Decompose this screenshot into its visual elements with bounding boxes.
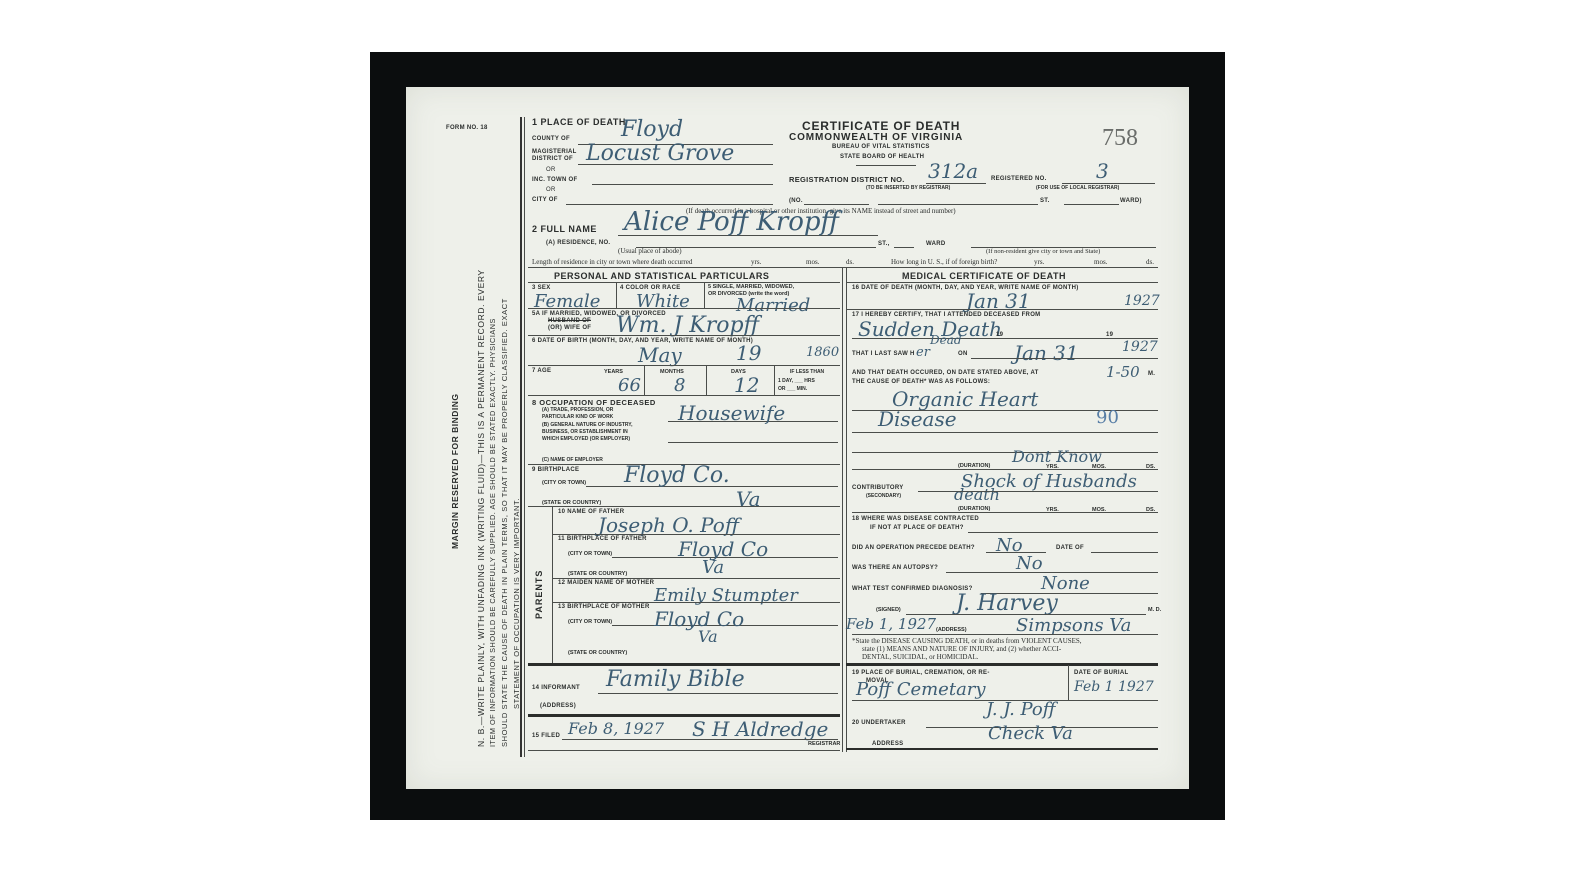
physician-address-label: (ADDRESS) [936,627,967,633]
divider [528,335,840,336]
district-label: DISTRICT OF [532,156,573,162]
place-of-death-heading: 1 PLACE OF DEATH [532,117,626,127]
state-or-country-label: (STATE OR COUNTRY) [568,650,627,656]
street-line [878,204,1038,205]
operation-label: DID AN OPERATION PRECEDE DEATH? [852,545,975,551]
informant-line [598,693,838,694]
divider-thick [528,663,840,666]
divider [528,395,840,396]
cell-divider [616,282,617,308]
contracted-label-2: IF NOT AT PLACE OF DEATH? [870,525,964,531]
burial-divider [1068,665,1069,700]
cell-divider [704,282,705,308]
occupation-a-label: (A) TRADE, PROFESSION, OR [542,407,613,413]
occupation-a-label-2: PARTICULAR KIND OF WORK [542,414,613,420]
city-or-town-label: (CITY OR TOWN) [568,551,612,557]
filed-value: Feb 8, 1927 [568,719,664,738]
bottom-line [846,748,1158,750]
divider [528,365,840,366]
residence-note: (Usual place of abode) [618,247,682,255]
state-or-country-label: (STATE OR COUNTRY) [568,571,627,577]
duration-line [852,512,1158,513]
cause-label: THE CAUSE OF DEATH* WAS AS FOLLOWS: [852,379,990,385]
cell-divider [644,365,645,395]
occupation-value: Housewife [678,401,785,425]
age-days: 12 [734,373,759,397]
or-label: OR [546,167,556,173]
marital-label: 5 SINGLE, MARRIED, WIDOWED, [708,284,794,290]
full-name-label: 2 FULL NAME [532,224,597,234]
industry-label-3: WHICH EMPLOYED (OR EMPLOYER) [542,436,630,442]
one-day-label: 1 DAY, ___ HRS [778,378,815,384]
filed-line [562,739,838,740]
mos-label: mos. [1094,258,1107,266]
address-line [852,634,1158,635]
father-birthplace-label: 11 BIRTHPLACE OF FATHER [558,536,647,542]
certificate-number: 758 [1102,125,1138,152]
no-label: (NO. [789,198,803,204]
cause-code: 90 [1096,407,1119,428]
reg-district-note: (TO BE INSERTED BY REGISTRAR) [866,185,950,191]
occurred-time: 1-50 [1106,363,1140,381]
industry-label-2: BUSINESS, OR ESTABLISHMENT IN [542,429,628,435]
age-months: 8 [674,375,685,396]
m-label: M. [1148,371,1155,377]
signed-label: (SIGNED) [876,607,901,613]
full-name-value: Alice Poff Kropff [624,207,839,237]
ward-label: WARD) [1120,198,1142,204]
mother-label: 12 MAIDEN NAME OF MOTHER [558,580,654,586]
dob-year: 1860 [806,345,839,360]
ds-label: ds. [846,258,854,266]
contracted-line [968,532,1158,533]
physician-address-value: Simpsons Va [1016,615,1131,636]
column-divider-inner [846,267,847,752]
husband-label: HUSBAND OF [548,318,591,324]
reg-district-value: 312a [928,159,978,183]
city-label: CITY OF [532,197,558,203]
registered-no-label: REGISTERED NO. [991,176,1047,182]
divider-thick [846,663,1158,666]
margin-instruction-3: SHOULD STATE THE CAUSE OF DEATH IN PLAIN… [500,298,509,747]
filed-label: 15 FILED [532,733,560,739]
occupation-label: 8 OCCUPATION OF DECEASED [532,398,656,407]
dob-day: 19 [736,341,761,365]
cause-value-2: Disease [878,407,957,431]
board-label: STATE BOARD OF HEALTH [840,154,924,160]
yrs-label: yrs. [1034,258,1044,266]
form-number: FORM NO. 18 [446,125,488,131]
cause-line [852,432,1158,433]
last-saw-label: THAT I LAST SAW H [852,351,915,357]
contributory-value-2: death [954,485,1000,504]
divider [552,578,840,579]
autopsy-value: No [1016,553,1043,574]
signed-date: Feb 1, 1927 [846,615,936,633]
attended-line [852,338,1158,339]
city-or-town-label: (CITY OR TOWN) [568,619,612,625]
informant-address-label: (ADDRESS) [540,703,576,709]
divider [528,506,840,507]
yrs-label: yrs. [751,258,761,266]
on-label: ON [958,351,968,357]
divider [528,267,1158,268]
undertaker-value: J. J. Poff [986,699,1056,720]
no-line [804,204,869,205]
employer-label: (C) NAME OF EMPLOYER [542,457,603,463]
age-label: 7 AGE [532,368,551,374]
frame-left-inner [524,117,525,757]
parents-divider [552,506,553,666]
undertaker-address-label: ADDRESS [872,741,903,747]
informant-label: 14 INFORMANT [532,685,580,691]
city-or-town-label: (CITY OR TOWN) [542,480,586,486]
or-min-label: OR ___ MIN. [778,386,807,392]
death-certificate: FORM NO. 18 MARGIN RESERVED FOR BINDING … [406,87,1189,789]
frame-left [520,117,522,757]
registrar-signature: S H Aldredge [692,717,828,741]
margin-reserved-note: MARGIN RESERVED FOR BINDING [450,394,460,550]
district-value: Locust Grove [586,141,734,166]
burial-place-value: Poff Cemetary [856,679,986,700]
certificate-subtitle: COMMONWEALTH OF VIRGINIA [789,132,963,143]
inc-town-label: INC. TOWN OF [532,177,578,183]
date-of-label: DATE OF [1056,545,1084,551]
father-birthplace-state: Va [702,557,724,578]
secondary-label: (SECONDARY) [866,493,901,499]
birthplace-label: 9 BIRTHPLACE [532,467,579,473]
ward-label: WARD [926,241,946,247]
last-saw-value: Jan 31 [1014,341,1079,365]
cause-line [852,452,1158,453]
burial-label: 19 PLACE OF BURIAL, CREMATION, OR RE- [852,670,990,676]
county-label: COUNTY OF [532,136,570,142]
divider [846,282,1158,283]
contracted-label: 18 WHERE WAS DISEASE CONTRACTED [852,516,979,522]
reg-district-line [926,183,986,184]
last-saw-dead: Dead [930,333,962,347]
st-label: ST. [1040,198,1050,204]
birthplace-state-value: Va [736,487,761,511]
column-divider [842,267,843,752]
divider [552,602,840,603]
divider [552,534,840,535]
or-label: OR [546,187,556,193]
registered-no-value: 3 [1096,159,1109,183]
last-saw-year: 1927 [1122,339,1158,355]
cell-divider [706,365,707,395]
date-of-death-year: 1927 [1124,293,1160,309]
divider [528,282,840,283]
undertaker-label: 20 UNDERTAKER [852,720,906,726]
dob-month: May [638,343,682,367]
st-label: ST., [878,241,890,247]
personal-heading: PERSONAL AND STATISTICAL PARTICULARS [554,271,769,281]
parents-label: PARENTS [534,570,544,619]
inc-town-line [592,184,773,185]
ds-label: ds. [1146,258,1154,266]
mother-birthplace-label: 13 BIRTHPLACE OF MOTHER [558,604,650,610]
residence-label: (A) RESIDENCE, NO. [546,240,610,246]
reg-district-label: REGISTRATION DISTRICT NO. [789,175,905,184]
bureau-label: BUREAU OF VITAL STATISTICS [832,144,930,150]
undertaker-address-value: Check Va [988,723,1073,744]
margin-instruction-1: N. B.—WRITE PLAINLY, WITH UNFADING INK (… [476,269,486,747]
industry-label: (B) GENERAL NATURE OF INDUSTRY, [542,422,632,428]
burial-date-value: Feb 1 1927 [1074,679,1154,695]
duration-line [852,469,1158,470]
magisterial-label: MAGISTERIAL [532,149,577,155]
how-long-label: How long in U. S., if of foreign birth? [891,258,997,266]
occurred-label: AND THAT DEATH OCCURED, ON DATE STATED A… [852,370,1039,376]
registrar-label: REGISTRAR [808,741,840,747]
industry-line [668,442,838,443]
cell-divider [774,365,775,395]
md-label: M. D. [1148,607,1161,613]
informant-value: Family Bible [606,667,745,692]
birthplace-city-value: Floyd Co. [624,463,730,488]
test-label: WHAT TEST CONFIRMED DIAGNOSIS? [852,586,973,592]
footnote-2: state (1) MEANS AND NATURE OF INJURY, an… [862,645,1061,653]
less-than-label: IF LESS THAN [790,369,824,375]
ward-line [1064,204,1119,205]
margin-instruction-2: ITEM OF INFORMATION SHOULD BE CAREFULLY … [488,318,497,747]
city-line [566,204,773,205]
mother-birthplace-state: Va [698,627,718,646]
divider [528,308,840,309]
contributory-label: CONTRIBUTORY [852,485,904,491]
physician-signature: J. Harvey [956,591,1058,616]
mos-label: mos. [806,258,819,266]
last-saw-her: er [916,345,930,360]
footnote-3: DENTAL, SUICIDAL, or HOMICIDAL. [862,653,978,661]
last-saw-line [971,358,1158,359]
bottom-line [528,750,840,751]
header-rule [856,165,916,166]
nonresident-note: (If non-resident give city or town and S… [986,248,1100,255]
operation-date-line [1091,552,1158,553]
footnote-1: *State the DISEASE CAUSING DEATH, or in … [852,637,1082,645]
wife-label: (OR) WIFE OF [548,325,591,331]
registered-no-line [1062,183,1155,184]
burial-date-label: DATE OF BURIAL [1074,670,1128,676]
registered-no-note: (FOR USE OF LOCAL REGISTRAR) [1036,185,1119,191]
contributory-line [918,491,1158,492]
st-line [894,247,914,248]
autopsy-label: WAS THERE AN AUTOPSY? [852,565,938,571]
length-of-residence-label: Length of residence in city or town wher… [532,258,692,266]
certificate-title: CERTIFICATE OF DEATH [802,119,960,133]
divider [846,309,1158,310]
age-years: 66 [618,375,641,396]
county-value: Floyd [621,117,683,142]
medical-heading: MEDICAL CERTIFICATE OF DEATH [902,271,1066,281]
